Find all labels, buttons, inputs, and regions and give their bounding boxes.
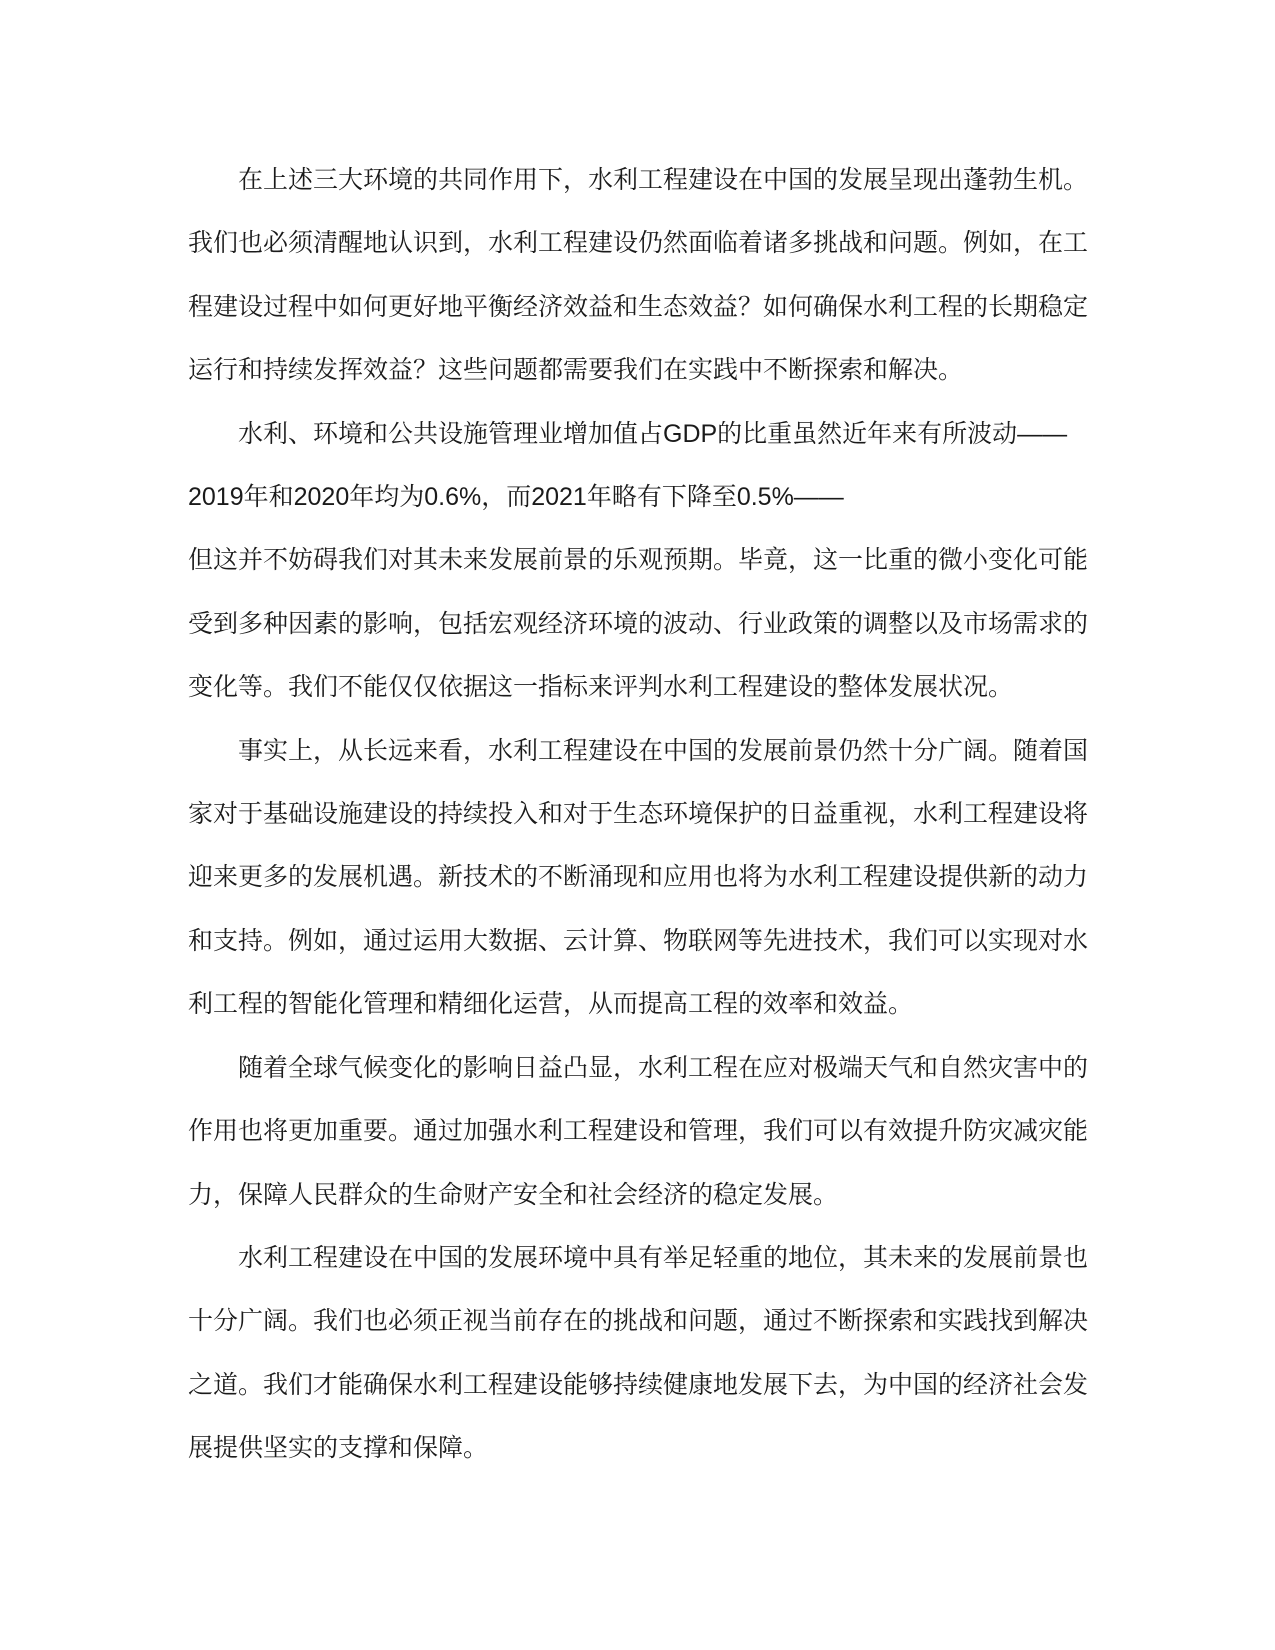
text-line: 水利、环境和公共设施管理业增加值占GDP的比重虽然近年来有所波动—— [188,403,1089,466]
text-line: 在上述三大环境的共同作用下，水利工程建设在中国的发展呈现出蓬勃生机。 [188,149,1089,212]
paragraph: 随着全球气候变化的影响日益凸显，水利工程在应对极端天气和自然灾害中的作用也将更加… [188,1037,1089,1227]
text-line: 水利工程建设在中国的发展环境中具有举足轻重的地位，其未来的发展前景也 [188,1227,1089,1290]
text-line: 家对于基础设施建设的持续投入和对于生态环境保护的日益重视，水利工程建设将 [188,783,1089,846]
document-page: 在上述三大环境的共同作用下，水利工程建设在中国的发展呈现出蓬勃生机。我们也必须清… [0,0,1275,1650]
document-body: 在上述三大环境的共同作用下，水利工程建设在中国的发展呈现出蓬勃生机。我们也必须清… [188,149,1089,1481]
text-line: 随着全球气候变化的影响日益凸显，水利工程在应对极端天气和自然灾害中的 [188,1037,1089,1100]
text-line: 迎来更多的发展机遇。新技术的不断涌现和应用也将为水利工程建设提供新的动力 [188,846,1089,909]
paragraph: 在上述三大环境的共同作用下，水利工程建设在中国的发展呈现出蓬勃生机。我们也必须清… [188,149,1089,403]
text-line: 事实上，从长远来看，水利工程建设在中国的发展前景仍然十分广阔。随着国 [188,720,1089,783]
text-line: 但这并不妨碍我们对其未来发展前景的乐观预期。毕竟，这一比重的微小变化可能 [188,529,1089,592]
text-line: 力，保障人民群众的生命财产安全和社会经济的稳定发展。 [188,1164,1089,1227]
text-line: 变化等。我们不能仅仅依据这一指标来评判水利工程建设的整体发展状况。 [188,656,1089,719]
paragraph: 水利、环境和公共设施管理业增加值占GDP的比重虽然近年来有所波动——2019年和… [188,403,1089,720]
text-line: 之道。我们才能确保水利工程建设能够持续健康地发展下去，为中国的经济社会发 [188,1354,1089,1417]
text-line: 十分广阔。我们也必须正视当前存在的挑战和问题，通过不断探索和实践找到解决 [188,1290,1089,1353]
text-line: 受到多种因素的影响，包括宏观经济环境的波动、行业政策的调整以及市场需求的 [188,593,1089,656]
text-line: 我们也必须清醒地认识到，水利工程建设仍然面临着诸多挑战和问题。例如，在工 [188,212,1089,275]
text-line: 2019年和2020年均为0.6%，而2021年略有下降至0.5%—— [188,466,1089,529]
text-line: 利工程的智能化管理和精细化运营，从而提高工程的效率和效益。 [188,973,1089,1036]
paragraph: 水利工程建设在中国的发展环境中具有举足轻重的地位，其未来的发展前景也十分广阔。我… [188,1227,1089,1481]
text-line: 作用也将更加重要。通过加强水利工程建设和管理，我们可以有效提升防灾减灾能 [188,1100,1089,1163]
text-line: 运行和持续发挥效益？这些问题都需要我们在实践中不断探索和解决。 [188,339,1089,402]
text-line: 程建设过程中如何更好地平衡经济效益和生态效益？如何确保水利工程的长期稳定 [188,276,1089,339]
paragraph: 事实上，从长远来看，水利工程建设在中国的发展前景仍然十分广阔。随着国家对于基础设… [188,720,1089,1037]
text-line: 展提供坚实的支撑和保障。 [188,1417,1089,1480]
text-line: 和支持。例如，通过运用大数据、云计算、物联网等先进技术，我们可以实现对水 [188,910,1089,973]
